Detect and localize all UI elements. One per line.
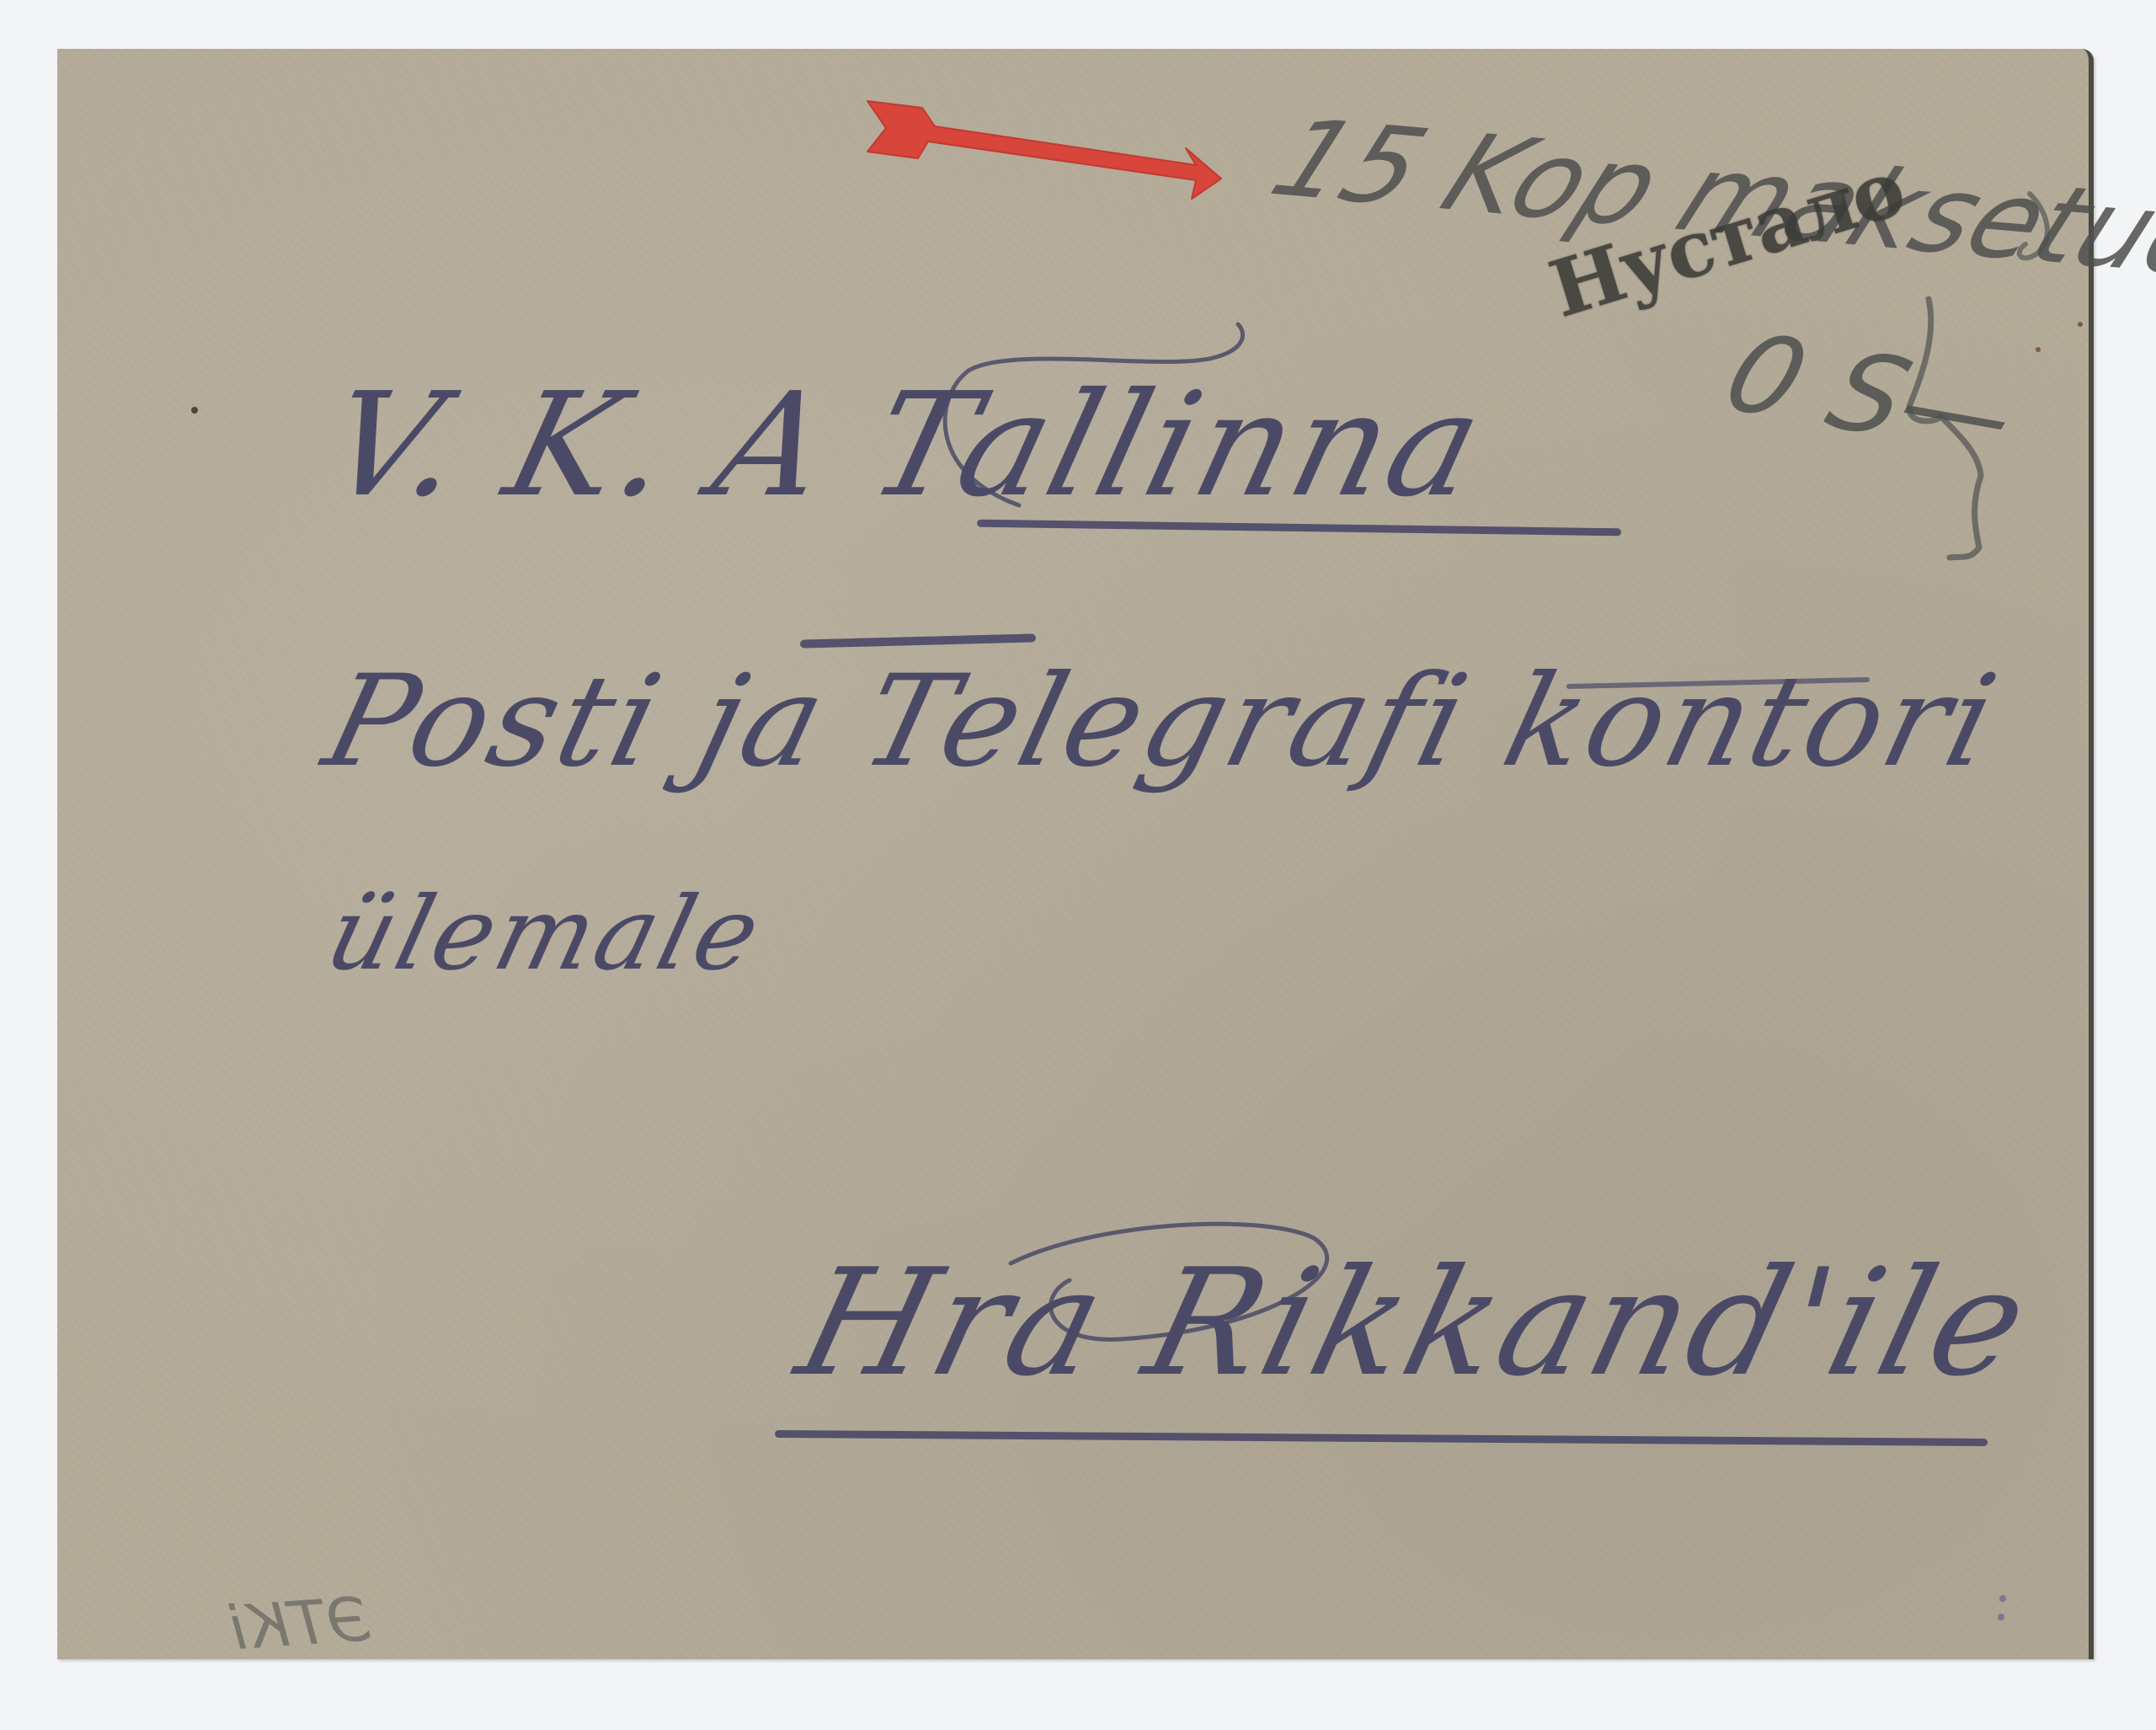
address-line-1: V. K. A Tallinna	[312, 362, 1500, 529]
address-line-2: Posti ja Telegrafi kontori	[312, 649, 2012, 795]
paper-speck	[191, 407, 198, 414]
corner-pencil-mark: ЭТКі	[227, 1583, 371, 1663]
scan-background: 15 Kop maksetud Нустало 0 S— V. K. A Tal…	[0, 0, 2156, 1730]
paper-speck	[2036, 347, 2041, 352]
paper-speck	[1998, 1614, 2004, 1621]
paper-speck	[2078, 322, 2083, 327]
address-line-4-recipient: Hra Rikkand'ile	[783, 1238, 2046, 1409]
red-arrow-icon	[867, 101, 1221, 199]
address-line-3: ülemale	[316, 876, 774, 993]
paper-speck	[1999, 1595, 2006, 1602]
